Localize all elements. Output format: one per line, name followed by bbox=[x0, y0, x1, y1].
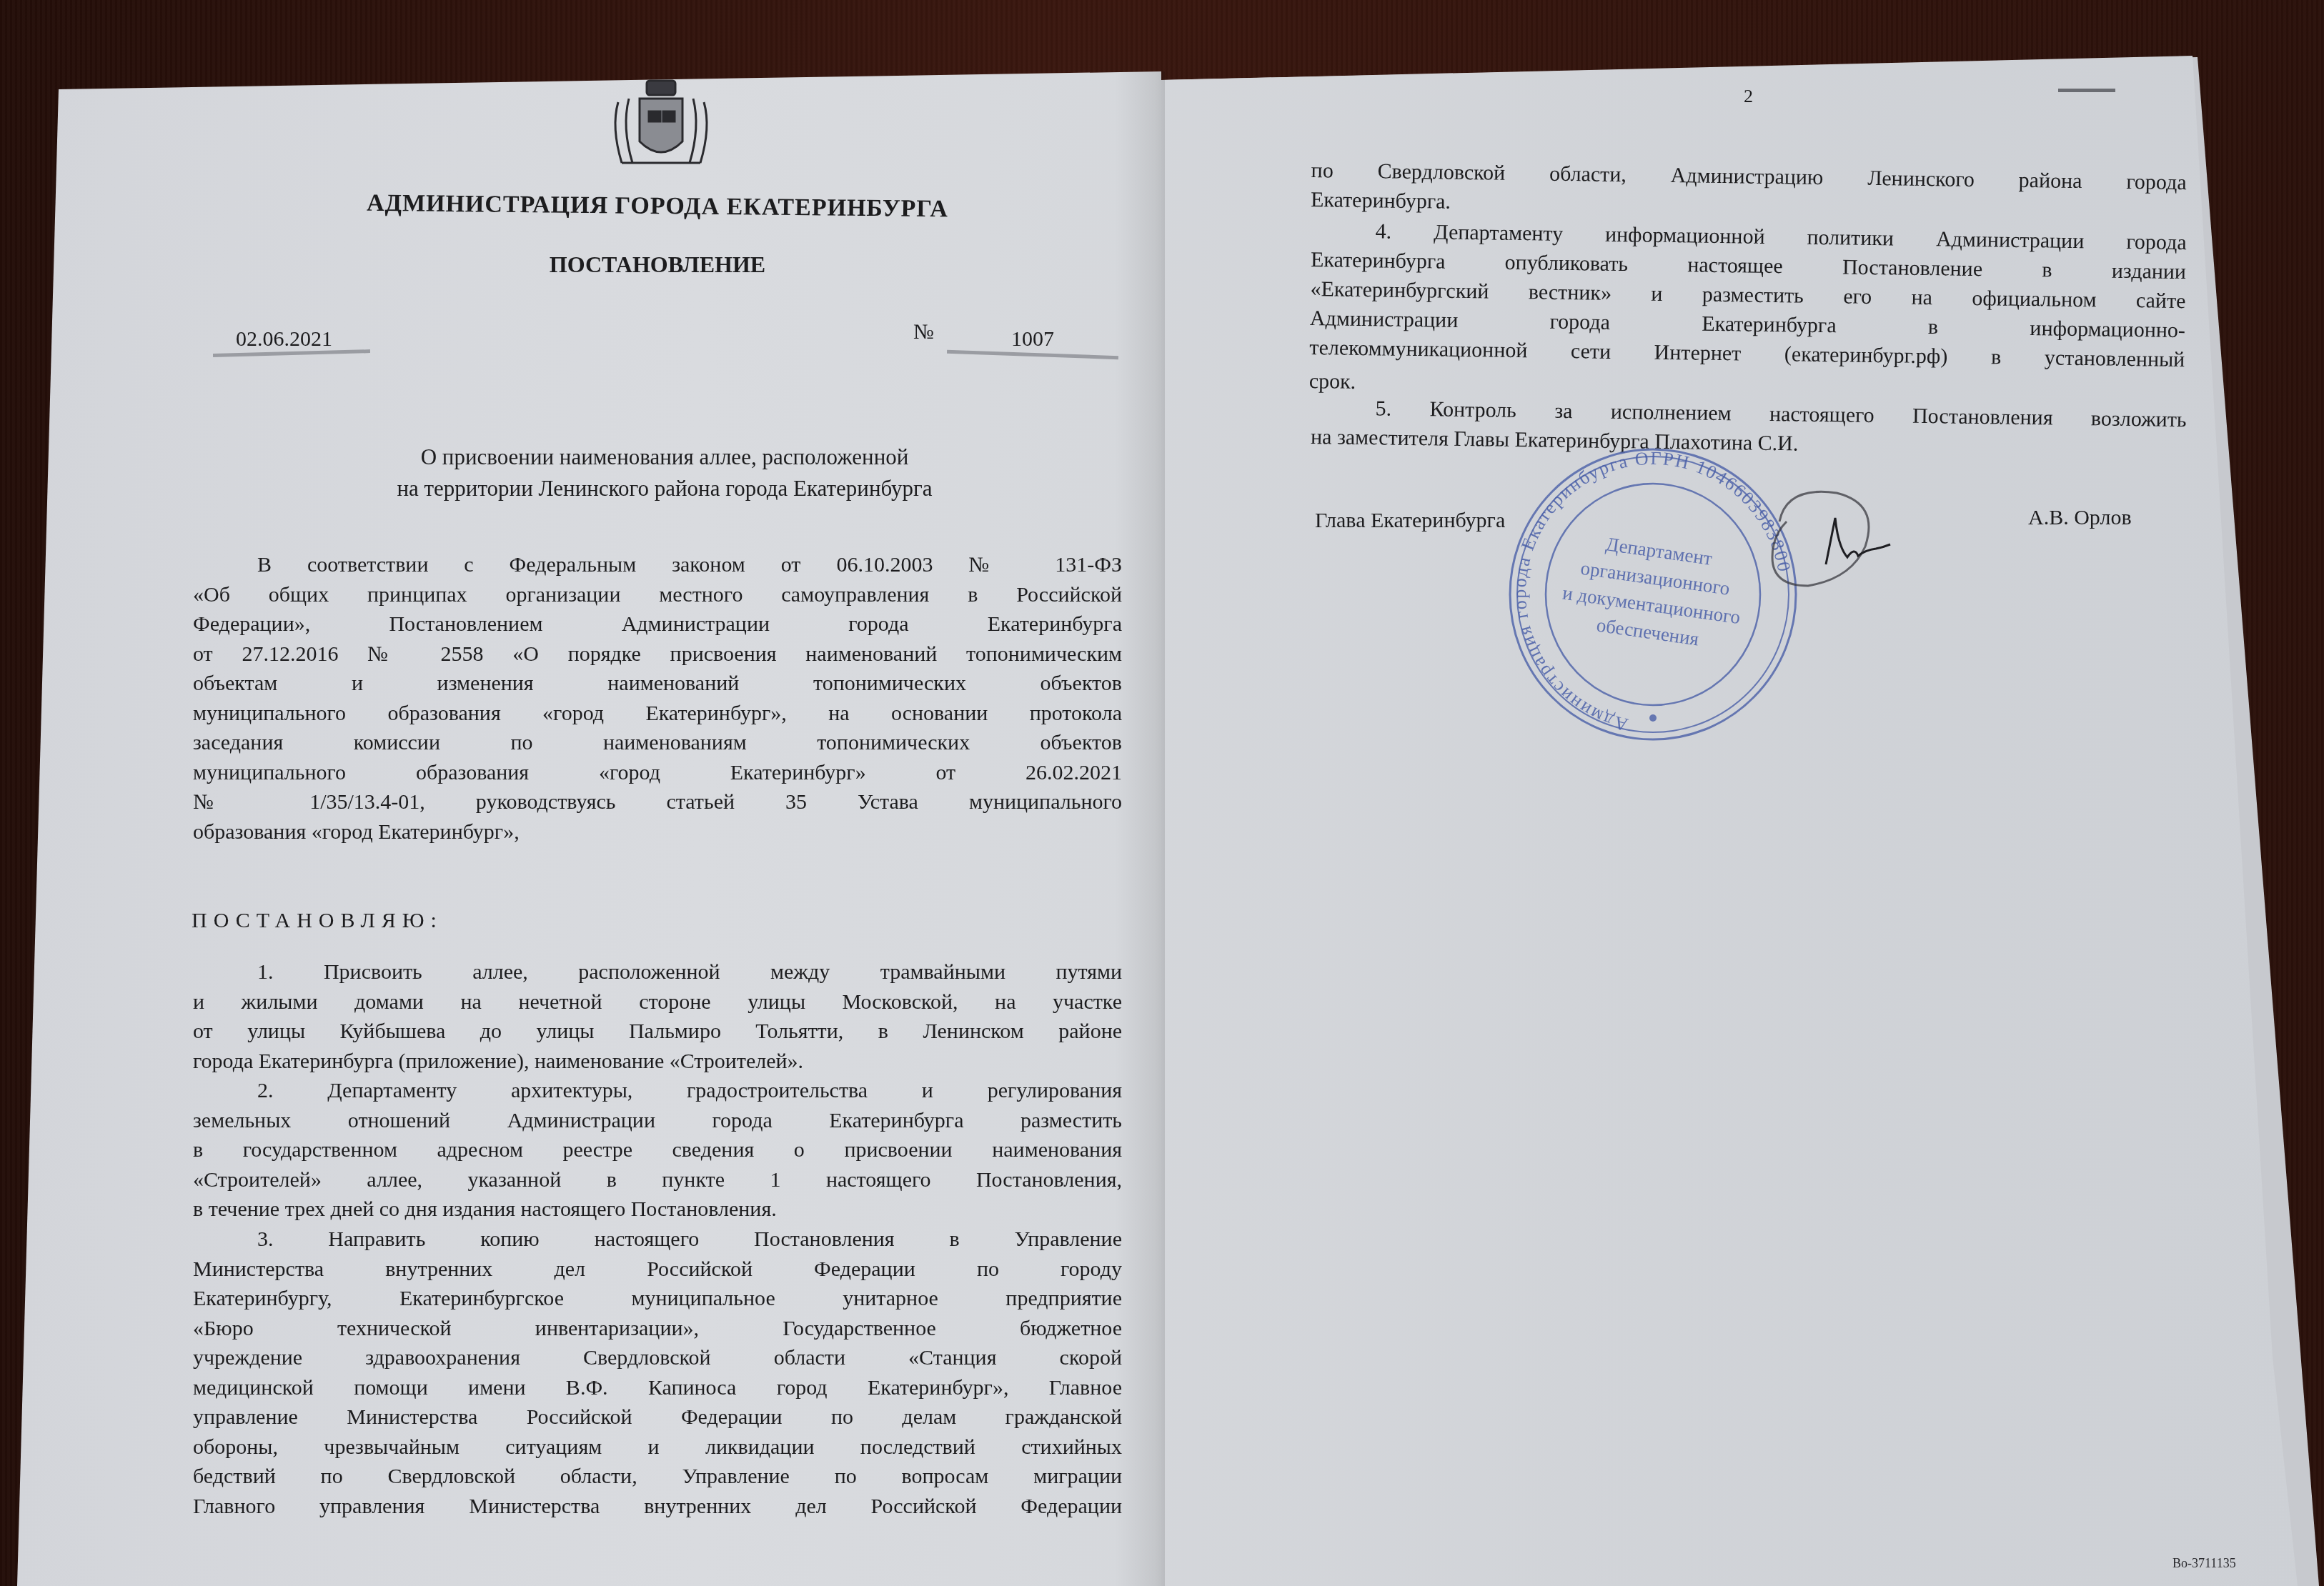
center-fold bbox=[1115, 71, 1165, 1586]
page-number: 2 bbox=[1744, 86, 1753, 107]
text-line: заседания комиссии по наименованиям топо… bbox=[193, 728, 1122, 758]
text-line: Федерации», Постановлением Администрации… bbox=[193, 609, 1122, 639]
text-line: бедствий по Свердловской области, Управл… bbox=[193, 1462, 1122, 1492]
text-line: медицинской помощи имени В.Ф. Капиноса г… bbox=[193, 1373, 1122, 1403]
subject-line: на территории Ленинского района города Е… bbox=[314, 473, 1015, 504]
signatory-name: А.В. Орлов bbox=[2028, 506, 2132, 530]
text-line: муниципального образования «город Екатер… bbox=[193, 758, 1122, 788]
text-line: учреждение здравоохранения Свердловской … bbox=[193, 1343, 1122, 1373]
document-date: 02.06.2021 bbox=[236, 327, 332, 351]
text-line: в течение трех дней со дня издания насто… bbox=[193, 1195, 1122, 1225]
preamble-paragraph: В соответствии с Федеральным законом от … bbox=[193, 550, 1122, 847]
signatory-role: Глава Екатеринбурга bbox=[1315, 509, 1505, 533]
text-line: в государственном адресном реестре сведе… bbox=[193, 1135, 1122, 1165]
text-line: от 27.12.2016 № 2558 «О порядке присвоен… bbox=[193, 639, 1122, 669]
text-line: обороны, чрезвычайным ситуациям и ликвид… bbox=[193, 1432, 1122, 1462]
text-line: 3. Направить копию настоящего Постановле… bbox=[193, 1225, 1122, 1255]
item-2-paragraph: 2. Департаменту архитектуры, градостроит… bbox=[193, 1076, 1122, 1225]
text-line: объектам и изменения наименований топони… bbox=[193, 669, 1122, 699]
handwritten-signature-icon bbox=[1758, 479, 1937, 600]
text-line: и жилыми домами на нечетной стороне улиц… bbox=[193, 987, 1122, 1017]
text-line: 2. Департаменту архитектуры, градостроит… bbox=[193, 1076, 1122, 1106]
item-1-paragraph: 1. Присвоить аллее, расположенной между … bbox=[193, 957, 1122, 1076]
document-number: 1007 bbox=[1011, 327, 1054, 351]
resolve-heading: ПОСТАНОВЛЯЮ: bbox=[192, 909, 443, 933]
text-line: В соответствии с Федеральным законом от … bbox=[193, 550, 1122, 580]
document-number-label: № bbox=[913, 320, 934, 344]
text-line: «Бюро технической инвентаризации», Госуд… bbox=[193, 1314, 1122, 1344]
document-type: ПОСТАНОВЛЕНИЕ bbox=[515, 251, 800, 278]
text-line: города Екатеринбурга (приложение), наиме… bbox=[193, 1047, 1122, 1077]
text-line: образования «город Екатеринбург», bbox=[193, 817, 1122, 847]
header-dash bbox=[2058, 89, 2115, 92]
text-line: № 1/35/13.4-01, руководствуясь статьей 3… bbox=[193, 787, 1122, 817]
item-3-paragraph: 3. Направить копию настоящего Постановле… bbox=[193, 1225, 1122, 1521]
text-line: «Об общих принципах организации местного… bbox=[193, 580, 1122, 610]
official-stamp-icon: Администрация города Екатеринбурга ОГРН … bbox=[1506, 447, 1799, 743]
item-4-paragraph: 4. Департаменту информационной политики … bbox=[1309, 216, 2186, 408]
coat-of-arms-icon bbox=[607, 77, 715, 170]
text-line: Главного управления Министерства внутрен… bbox=[193, 1492, 1122, 1522]
svg-text:Администрация города Екатеринб: Администрация города Екатеринбурга ОГРН … bbox=[1509, 448, 1795, 736]
item-3-continuation: по Свердловской области, Администрацию Л… bbox=[1311, 156, 2187, 226]
subject-line: О присвоении наименования аллее, располо… bbox=[314, 442, 1015, 473]
text-line: от улицы Куйбышева до улицы Пальмиро Тол… bbox=[193, 1017, 1122, 1047]
document-code: Во-3711135 bbox=[2172, 1556, 2236, 1571]
text-line: Екатеринбургу, Екатеринбургское муниципа… bbox=[193, 1284, 1122, 1314]
text-line: Министерства внутренних дел Российской Ф… bbox=[193, 1255, 1122, 1285]
text-line: земельных отношений Администрации города… bbox=[193, 1106, 1122, 1136]
document-subject: О присвоении наименования аллее, располо… bbox=[314, 442, 1015, 504]
text-line: управление Министерства Российской Федер… bbox=[193, 1402, 1122, 1432]
stamp-ring-text: Администрация города Екатеринбурга ОГРН … bbox=[1509, 448, 1795, 736]
text-line: 1. Присвоить аллее, расположенной между … bbox=[193, 957, 1122, 987]
text-line: муниципального образования «город Екатер… bbox=[193, 699, 1122, 729]
text-line: «Строителей» аллее, указанной в пункте 1… bbox=[193, 1165, 1122, 1195]
